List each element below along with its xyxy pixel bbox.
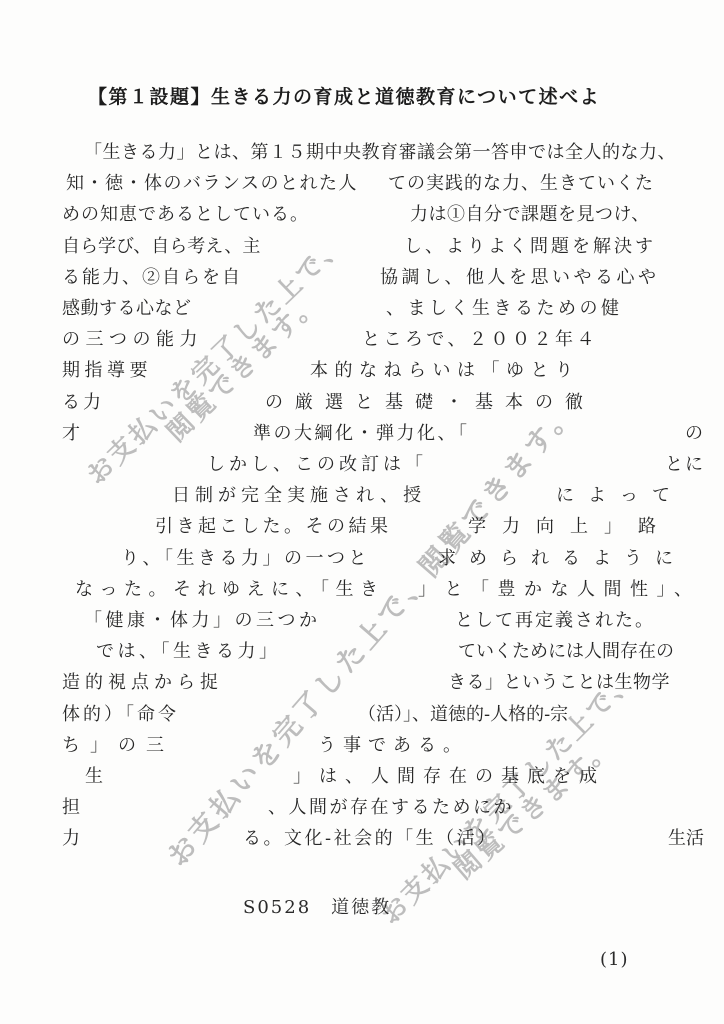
body-text-segment: として再定義された。 <box>455 610 655 632</box>
body-text-segment: 「生きる力」とは、第１５期中央教育審議会第一答申では全人的な力、 <box>84 142 676 164</box>
body-text-segment: し、よりよく問題を解決す <box>404 236 656 258</box>
body-text-segment: 協調し、他人を思いやる心や <box>380 267 660 289</box>
body-text-segment: 体的）「命令 <box>62 704 179 726</box>
body-text-segment: 本的なねらいは「ゆとり <box>310 360 580 382</box>
body-text-segment: 引き起こした。その結果 <box>155 516 392 538</box>
body-text-segment: 造的視点から捉 <box>62 672 223 694</box>
body-text-segment: めの知恵であるとしている。 <box>62 204 309 226</box>
body-text-segment: 担 <box>62 797 80 819</box>
body-text-segment: 自ら学び、自ら考え、主 <box>62 236 260 258</box>
body-text-segment: の三つの能力 <box>62 329 203 351</box>
body-text-segment: 生活 <box>668 828 704 850</box>
body-text-segment: る力 <box>62 392 104 414</box>
body-text-segment: 求められるように <box>438 548 686 570</box>
essay-title: 【第１設題】生きる力の育成と道徳教育について述べよ <box>88 82 600 109</box>
body-text-segment: 知・徳・体のバランスのとれた人 <box>66 173 358 195</box>
body-text-segment: の厳選と基礎・基本の徹 <box>265 392 595 414</box>
body-text-segment: では、「生きる力」 <box>96 641 281 663</box>
body-text-segment: 「健康・体力」の三つか <box>84 610 321 632</box>
body-text-segment: 生 <box>85 766 103 788</box>
footer-course-code: S0528 道徳教 <box>243 893 391 919</box>
page-number: (1) <box>600 949 629 970</box>
body-text-segment: 、ましく生きるための健 <box>386 298 623 320</box>
body-text-segment: とに <box>665 454 705 476</box>
body-text-segment: ての実践的な力、生きていくた <box>388 173 654 195</box>
body-text-segment: 学力向上」路 <box>468 516 672 538</box>
document-page: お支払いを完了した上で、閲覧できます。お支払いを完了した上で、閲覧できます。お支… <box>0 0 724 1024</box>
body-text-segment: しかし、この改訂は「 <box>207 454 427 476</box>
body-text-segment: 、人間が存在するためにか <box>268 797 514 819</box>
body-text-segment: 」は、人間存在の基底を成 <box>293 766 605 788</box>
body-text-segment: る能力、②自らを自 <box>62 267 242 289</box>
body-text-segment: 」と「豊かな人間性」、 <box>418 579 701 601</box>
body-text-segment: なった。それゆえに、「生き <box>75 579 385 601</box>
body-text-segment: り、「生きる力」の一つと <box>121 548 370 570</box>
body-text-segment: （活）」、道徳的-人格的-宗 <box>358 704 568 726</box>
body-text-segment: きる」ということは生物学 <box>448 672 670 694</box>
body-text-segment: の <box>685 423 703 445</box>
body-text-segment: う事である。 <box>318 735 468 757</box>
body-text-segment: る。文化-社会的「生（活） <box>243 828 498 850</box>
body-text-segment: ていくためには人間存在の <box>458 641 674 663</box>
body-text-segment: によって <box>556 485 684 507</box>
body-text-segment: 才 <box>62 423 80 445</box>
body-text-segment: ところで、２００２年４ <box>362 329 598 351</box>
body-text-segment: ち」の三 <box>62 735 174 757</box>
body-text-segment: 感動する心など <box>62 298 192 320</box>
body-text-segment: 日制が完全実施され、授 <box>172 485 426 507</box>
body-text-segment: 準の大綱化・弾力化、「 <box>253 423 470 445</box>
body-text-segment: 期指導要 <box>62 360 152 382</box>
body-text-segment: 力は①自分で課題を見つけ、 <box>410 204 650 226</box>
watermark-text: お支払いを完了した上で、 <box>371 660 643 932</box>
watermark-text: お支払いを完了した上で、 <box>77 224 353 492</box>
body-text-segment: 力 <box>62 828 80 850</box>
